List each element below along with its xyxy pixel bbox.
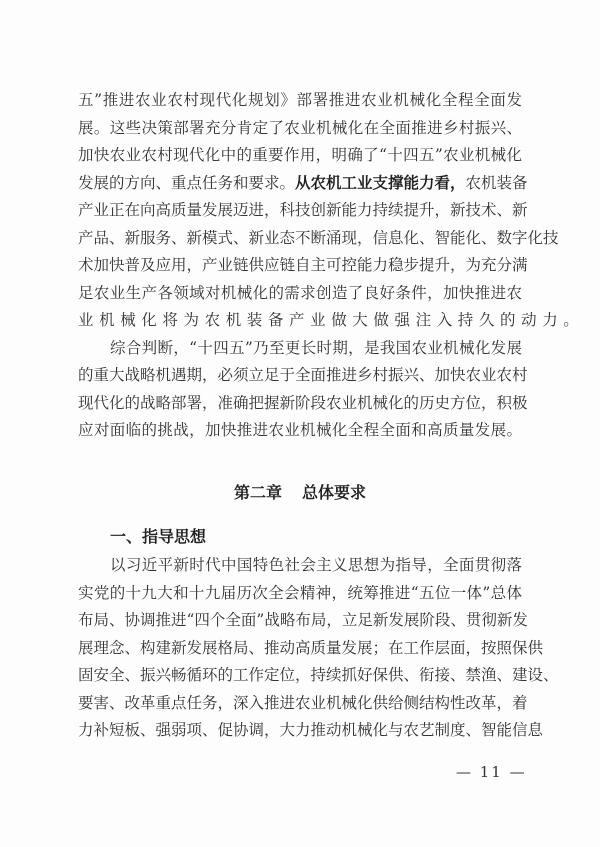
page-number: — 11 — [456,761,527,783]
document-page: 五”推进农业农村现代化规划》部署推进农业机械化全程全面发 展。这些决策部署充分肯… [0,0,600,847]
text-line: 综合判断，“十四五”乃至更长时期，是我国农业机械化发展 [110,337,522,359]
text-line: 业机械化将为农机装备产业做大做强注入持久的动力。 [78,309,522,331]
chapter-title: 总体要求 [302,483,366,502]
text-line: 实党的十九大和十九届历次全会精神，统筹推进“五位一体”总体 [78,582,522,604]
text-line: 展理念、构建新发展格局、推动高质量发展；在工作层面，按照保供 [78,637,522,659]
text-segment: 发展的方向、重点任务和要求。 [78,174,295,192]
text-line: 展。这些决策部署充分肯定了农业机械化在全面推进乡村振兴、 [78,117,522,139]
text-line: 加快农业农村现代化中的重要作用，明确了“十四五”农业机械化 [78,144,522,166]
text-line: 布局、协调推进“四个全面”战略布局，立足新发展阶段、贯彻新发 [78,609,522,631]
text-line: 足农业生产各领域对机械化的需求创造了良好条件，加快推进农 [78,282,522,304]
text-line: 现代化的战略部署，准确把握新阶段农业机械化的历史方位，积极 [78,392,522,414]
text-line: 以习近平新时代中国特色社会主义思想为指导，全面贯彻落 [110,554,522,576]
emphasis-phrase: 从农机工业支撑能力看， [295,174,466,192]
section-heading: 一、指导思想 [110,526,206,548]
text-line: 固安全、振兴畅循环的工作定位，持续抓好保供、衔接、禁渔、建设、 [78,664,522,686]
text-segment: 农机装备 [466,174,528,192]
text-line-with-emphasis: 发展的方向、重点任务和要求。从农机工业支撑能力看，农机装备 [78,172,522,194]
chapter-heading: 第二章总体要求 [0,482,600,504]
text-line: 产品、新服务、新模式、新业态不断涌现，信息化、智能化、数字化技 [78,227,522,249]
text-line: 术加快普及应用，产业链供应链自主可控能力稳步提升，为充分满 [78,254,522,276]
chapter-number: 第二章 [234,483,282,502]
text-line: 五”推进农业农村现代化规划》部署推进农业机械化全程全面发 [78,89,522,111]
text-line: 的重大战略机遇期，必须立足于全面推进乡村振兴、加快农业农村 [78,364,522,386]
text-line: 应对面临的挑战，加快推进农业机械化全程全面和高质量发展。 [78,419,522,441]
text-line: 产业正在向高质量发展迈进，科技创新能力持续提升，新技术、新 [78,199,522,221]
text-line: 力补短板、强弱项、促协调，大力推动机械化与农艺制度、智能信息 [78,719,522,741]
text-line: 要害、改革重点任务，深入推进农业机械化供给侧结构性改革，着 [78,692,522,714]
